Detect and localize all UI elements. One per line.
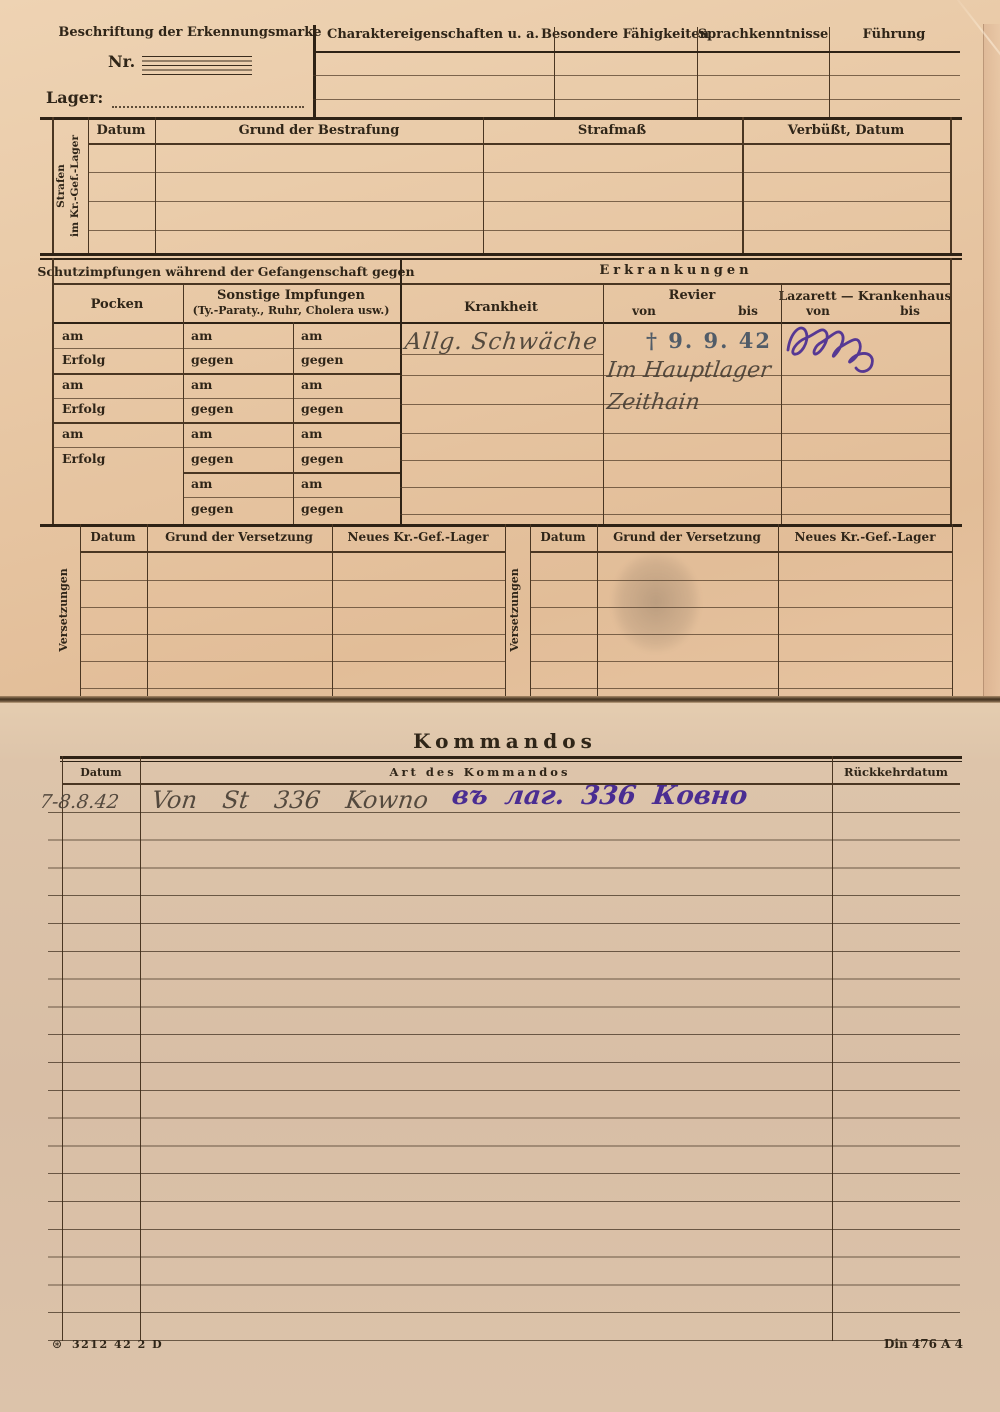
punishment-col-grund: Grund der Bestrafung — [239, 123, 400, 138]
column-divider — [778, 524, 779, 696]
punishment-col-datum: Datum — [97, 123, 146, 138]
rule-line — [88, 201, 950, 202]
illness-col-krankheit: Krankheit — [464, 300, 538, 315]
vacc-gegen-label: gegen — [191, 501, 233, 516]
rule-line — [80, 580, 505, 581]
transfers-left-col-neues: Neues Kr.-Gef.-Lager — [347, 530, 488, 544]
table-border — [505, 524, 506, 696]
nr-label: Nr. — [108, 52, 135, 71]
nr-ruled-lines — [142, 56, 252, 76]
vacc-col-pocken: Pocken — [91, 297, 144, 312]
table-border — [52, 258, 54, 524]
column-divider — [483, 117, 484, 254]
vacc-gegen-label: gegen — [301, 401, 343, 416]
kommandos-col-datum: Datum — [80, 766, 121, 779]
section-border — [40, 258, 962, 260]
column-divider — [742, 117, 744, 254]
illness-col-revier: Revier — [669, 288, 716, 303]
vacc-am-label: am — [191, 426, 212, 441]
table-border — [952, 524, 953, 696]
death-date-stamp: † 9. 9. 42 — [646, 328, 772, 353]
rule-line — [52, 348, 400, 349]
header-underline — [80, 551, 505, 553]
column-divider — [155, 117, 156, 254]
rule-line — [313, 99, 960, 100]
column-divider — [554, 27, 555, 117]
section-border — [60, 756, 962, 759]
vacc-gegen-label: gegen — [191, 352, 233, 367]
rule-line — [80, 688, 505, 689]
header-underline — [530, 551, 952, 553]
handwriting-note-line2: Zeithain — [605, 390, 701, 415]
kommandos-title: Kommandos — [413, 729, 597, 753]
kommandos-entry-pencil: Von St 336 Kowno — [150, 786, 429, 814]
vacc-gegen-label: gegen — [191, 401, 233, 416]
punishment-col-strafmass: Strafmaß — [578, 123, 646, 138]
vacc-am-label: am — [301, 377, 322, 392]
section-divider — [400, 258, 402, 524]
section-border — [40, 253, 962, 256]
rule-line — [183, 472, 400, 474]
vacc-erfolg-label: Erfolg — [62, 401, 105, 416]
punishment-col-verbuesst: Verbüßt, Datum — [788, 123, 904, 138]
punishment-side-label: Strafen im Kr.-Gef.-Lager — [54, 120, 88, 252]
rule-line — [530, 607, 952, 608]
handwriting-note-line1: Im Hauptlager — [605, 358, 772, 383]
rule-line — [530, 580, 952, 581]
column-divider — [829, 27, 830, 117]
handwriting-krankheit: Allg. Schwäche — [403, 329, 599, 355]
ink-smudge — [612, 552, 700, 652]
table-border — [80, 524, 81, 696]
vacc-gegen-label: gegen — [301, 352, 343, 367]
card-fold-edge — [0, 696, 1000, 703]
vacc-header: Schutzimpfungen während der Gefangenscha… — [37, 264, 414, 279]
section-border — [60, 761, 962, 762]
rule-line — [52, 283, 950, 285]
lazarett-bis-label: bis — [900, 304, 920, 318]
vacc-am-label: am — [301, 426, 322, 441]
vacc-am-label: am — [191, 476, 212, 491]
rule-line — [88, 230, 950, 231]
transfers-right-col-datum: Datum — [540, 530, 585, 544]
traits-col-charakter: Charaktereigenschaften u. a. — [327, 27, 539, 42]
vacc-col-sonstige-sub: (Ty.-Paraty., Ruhr, Cholera usw.) — [193, 304, 390, 317]
table-border — [530, 524, 531, 696]
lager-label: Lager: — [46, 88, 103, 107]
vacc-am-label: am — [301, 476, 322, 491]
vacc-col-sonstige: Sonstige Impfungen — [217, 288, 365, 303]
vacc-am-label: am — [191, 377, 212, 392]
section-border — [40, 524, 962, 527]
transfers-right-side-label: Versetzungen — [508, 528, 528, 692]
transfers-left-side-label: Versetzungen — [57, 528, 77, 692]
transfers-left-col-datum: Datum — [90, 530, 135, 544]
transfers-right-col-grund: Grund der Versetzung — [613, 530, 761, 544]
table-border — [950, 258, 952, 524]
column-divider — [313, 25, 316, 118]
paper-right-edge — [983, 24, 1000, 696]
vacc-am-label: am — [62, 426, 83, 441]
rule-line — [80, 661, 505, 662]
table-border — [950, 117, 952, 254]
table-border — [52, 117, 54, 254]
revier-bis-label: bis — [738, 304, 758, 318]
section-border — [40, 117, 962, 120]
illness-header: Erkrankungen — [599, 263, 752, 278]
din-format-label: Din 476 A 4 — [884, 1337, 963, 1351]
vacc-gegen-label: gegen — [301, 451, 343, 466]
rule-line — [313, 51, 960, 53]
rule-line — [88, 172, 950, 173]
rule-line — [52, 373, 400, 375]
traits-col-faehigkeiten: Besondere Fähigkeiten — [541, 27, 709, 42]
rule-line — [530, 661, 952, 662]
vacc-am-label: am — [62, 377, 83, 392]
rule-line — [530, 688, 952, 689]
rule-line — [183, 497, 400, 498]
kommandos-col-rueckkehr: Rückkehrdatum — [844, 765, 948, 779]
scanned-pow-card: Beschriftung der Erkennungsmarke Nr. Lag… — [0, 0, 1000, 1412]
column-divider — [697, 27, 698, 117]
transfers-left-col-grund: Grund der Versetzung — [165, 530, 313, 544]
signature-scribble — [782, 316, 887, 374]
printer-mark-icon: ⊛ — [52, 1337, 62, 1351]
lager-dotted-line — [112, 90, 304, 108]
traits-col-fuehrung: Führung — [863, 27, 926, 42]
column-divider — [147, 524, 148, 696]
rule-line — [530, 634, 952, 635]
kommandos-ruled-rows — [48, 785, 960, 1342]
transfers-right-col-neues: Neues Kr.-Gef.-Lager — [794, 530, 935, 544]
rule-line — [400, 460, 950, 461]
traits-col-sprachen: Sprachkenntnisse — [698, 27, 829, 42]
rule-line — [400, 433, 950, 434]
rule-line — [52, 398, 400, 399]
illness-col-lazarett: Lazarett — Krankenhaus — [778, 288, 951, 303]
column-divider — [88, 117, 89, 254]
id-block-title: Beschriftung der Erkennungsmarke — [58, 25, 321, 40]
vacc-gegen-label: gegen — [191, 451, 233, 466]
rule-line — [400, 487, 950, 488]
rule-line — [52, 447, 400, 448]
vacc-am-label: am — [191, 328, 212, 343]
column-divider — [597, 524, 598, 696]
rule-line — [52, 422, 400, 424]
header-underline — [88, 143, 950, 145]
rule-line — [400, 514, 950, 515]
kommandos-col-art: Art des Kommandos — [390, 765, 571, 779]
column-divider — [183, 283, 184, 524]
kommandos-entry-ink: въ лаг. 336 Ковно — [450, 781, 749, 811]
vacc-am-label: am — [62, 328, 83, 343]
column-divider — [332, 524, 333, 696]
revier-von-label: von — [632, 304, 656, 318]
vacc-am-label: am — [301, 328, 322, 343]
kommandos-entry-date: 7-8.8.42 — [39, 791, 121, 813]
vacc-gegen-label: gegen — [301, 501, 343, 516]
rule-line — [80, 634, 505, 635]
vacc-erfolg-label: Erfolg — [62, 451, 105, 466]
rule-line — [313, 75, 960, 76]
print-code: 3212 42 2 D — [72, 1338, 163, 1351]
vacc-erfolg-label: Erfolg — [62, 352, 105, 367]
rule-line — [80, 607, 505, 608]
